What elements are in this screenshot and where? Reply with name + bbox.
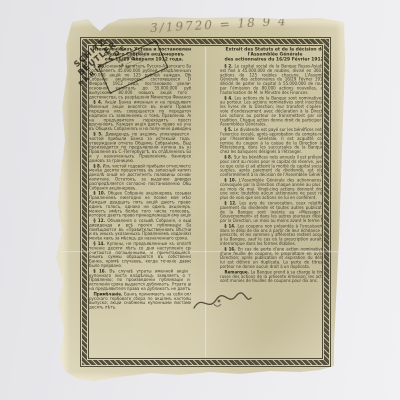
statute-paragraph: § 14. Купоны, не предъявленные къ оплатѣ… [89,242,191,268]
statute-paragraph: § 4. Акціи Банка именныя и на предъявите… [89,101,191,132]
paragraph-text: Акціи Банка именныя и на предъявителя. И… [89,100,191,131]
statute-paragraph: Примѣчаніе. Банкъ принимаетъ на себя опл… [89,292,191,310]
statute-paragraph: § 2. Le capital social de la Banque Russ… [220,65,322,96]
paragraph-text: En cas de perte d'une action nominative … [220,247,322,269]
statute-paragraph: § 16. En cas de perte d'une action nomin… [220,247,322,269]
paragraph-text: Общее Собраніе акціонеровъ созывается Пр… [89,191,191,217]
ink-squiggle-mark [190,288,254,316]
photo-scene: Извлеченіе изъ Устава и постановленія Об… [0,0,400,400]
left-column-body: § 2. Основной капиталъ Русско-Азіатскаго… [89,65,191,311]
statute-paragraph: Remarque. La Banque prend à sa charge le… [220,270,322,283]
aged-document-paper: Извлеченіе изъ Устава и постановленія Об… [54,16,348,386]
paragraph-text: Les coupons non présentés à l'encaisseme… [220,224,322,246]
left-column-russian: Извлеченіе изъ Устава и постановленія Об… [89,47,191,357]
statute-paragraph: § 12. Объявленія о созывѣ Собранія, о вы… [89,219,191,241]
statute-paragraph: § 4. Les actions de la Banque sont nomin… [220,96,322,127]
right-title-line2: des actionnaires du 16/29 Février 1912. [220,57,322,62]
statute-paragraph: § 10. L'Assemblée Générale des actionnai… [220,178,322,200]
handwritten-number: 3/19720 = 18 9 4 [150,13,311,35]
paragraph-text: L'Assemblée Générale des actionnaires es… [220,178,322,200]
paragraph-text: Объявленія о созывѣ Собранія, о выдачѣ д… [89,219,191,241]
paragraph-text: Les actions de la Banque sont nominative… [220,96,322,127]
paragraph-text: Sur les bénéfices nets annuels il est pr… [220,155,322,177]
right-title-line1: Extrait des Statuts et de la décision de… [220,47,322,57]
printer-imprint-row: Экспедиція Заготовленія Государственныхъ… [54,375,348,380]
paragraph-text: Дивидендъ по акціямъ уплачивается изъ чи… [89,132,191,163]
paragraph-text: Изъ чистой годовой прибыли отчисляется н… [89,164,191,190]
statute-paragraph: § 8. Изъ чистой годовой прибыли отчисляе… [89,164,191,190]
printer-imprint: Экспедиція Заготовленія Государственныхъ… [146,384,256,388]
statute-paragraph: § 12. Les avis de convocation, ceux rela… [220,201,322,223]
right-column-title: Extrait des Statuts et de la décision de… [220,47,322,62]
paragraph-text: Le dividende est payé sur les bénéfices … [220,128,322,154]
paragraph-text: Le capital social de la Banque Russo-Asi… [220,64,322,95]
statute-paragraph: § 16. Въ случаѣ утраты именной акціи или… [89,269,191,291]
statute-paragraph: § 10. Общее Собраніе акціонеровъ созывае… [89,192,191,218]
statute-paragraph: § 5. Le dividende est payé sur les bénéf… [220,128,322,154]
statute-paragraph: § 5. Дивидендъ по акціямъ уплачивается и… [89,132,191,163]
paragraph-text: Купоны, не предъявленные къ оплатѣ въ те… [89,242,191,268]
right-column-body: § 2. Le capital social de la Banque Russ… [220,65,322,284]
statute-paragraph: § 8. Sur les bénéfices nets annuels il e… [220,155,322,177]
statute-paragraph: § 14. Les coupons non présentés à l'enca… [220,224,322,246]
